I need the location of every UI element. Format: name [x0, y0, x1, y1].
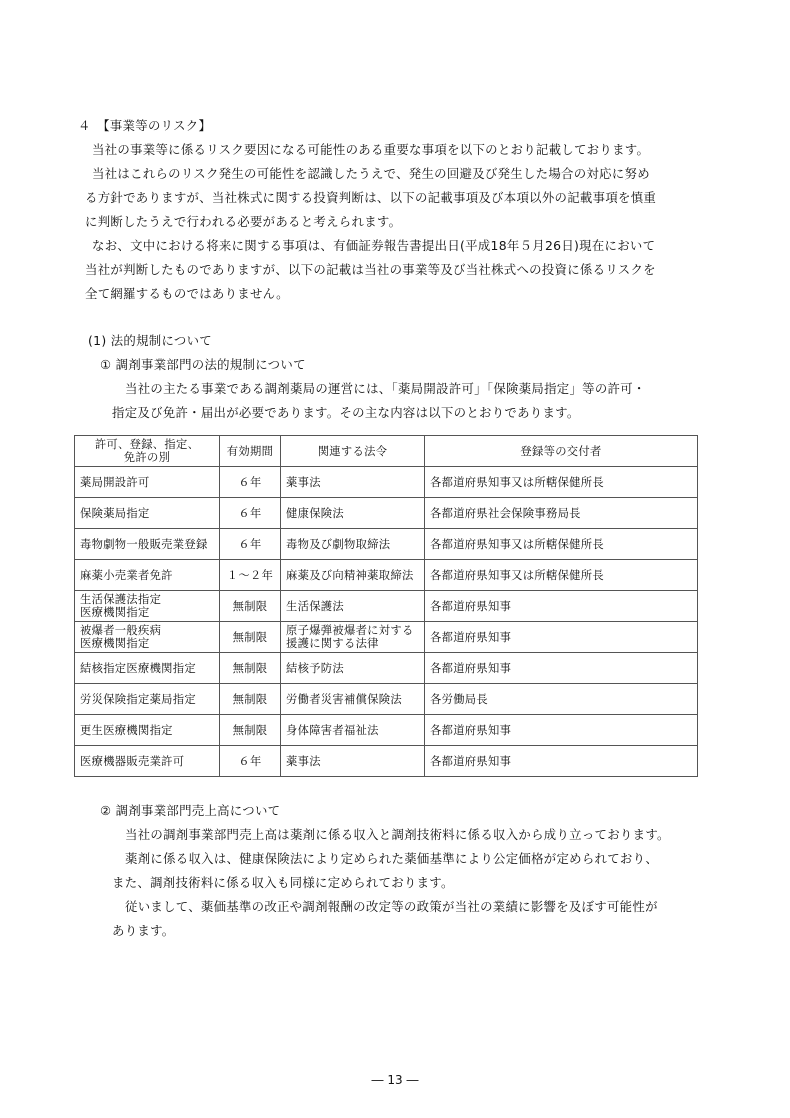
- cell-law: 毒物及び劇物取締法: [281, 529, 425, 560]
- cell-issuer: 各都道府県知事又は所轄保健所長: [425, 467, 698, 498]
- cell-period: ６年: [220, 746, 281, 777]
- cell-law: 健康保険法: [281, 498, 425, 529]
- cell-law: 生活保護法: [281, 591, 425, 622]
- table-row: 保険薬局指定 ６年 健康保険法 各都道府県社会保険事務局長: [75, 498, 698, 529]
- cell-period: １～２年: [220, 560, 281, 591]
- cell-law: 身体障害者福祉法: [281, 715, 425, 746]
- cell-law: 原子爆弾被爆者に対する援護に関する法律: [281, 622, 425, 653]
- cell-period: ６年: [220, 498, 281, 529]
- table-row: 毒物劇物一般販売業登録 ６年 毒物及び劇物取締法 各都道府県知事又は所轄保健所長: [75, 529, 698, 560]
- cell-issuer: 各都道府県知事: [425, 591, 698, 622]
- cell-law: 麻薬及び向精神薬取締法: [281, 560, 425, 591]
- cell-issuer: 各都道府県知事又は所轄保健所長: [425, 529, 698, 560]
- cell-period: ６年: [220, 467, 281, 498]
- cell-type: 麻薬小売業者免許: [75, 560, 220, 591]
- table-row: 更生医療機関指定 無制限 身体障害者福祉法 各都道府県知事: [75, 715, 698, 746]
- cell-issuer: 各都道府県知事: [425, 746, 698, 777]
- cell-period: 無制限: [220, 715, 281, 746]
- item-heading: ① 調剤事業部門の法的規制について: [100, 357, 306, 373]
- cell-issuer: 各労働局長: [425, 684, 698, 715]
- cell-type: 毒物劇物一般販売業登録: [75, 529, 220, 560]
- table-row: 医療機器販売業許可 ６年 薬事法 各都道府県知事: [75, 746, 698, 777]
- table-row: 結核指定医療機関指定 無制限 結核予防法 各都道府県知事: [75, 653, 698, 684]
- paragraph-line: 薬剤に係る収入は、健康保険法により定められた薬価基準により公定価格が定められてお…: [125, 851, 658, 867]
- paragraph-line: 当社が判断したものでありますが、以下の記載は当社の事業等及び当社株式への投資に係…: [85, 262, 656, 278]
- page-number: ― 13 ―: [0, 1073, 790, 1087]
- paragraph-line: なお、文中における将来に関する事項は、有価証券報告書提出日(平成18年５月26日…: [92, 238, 655, 254]
- cell-type: 更生医療機関指定: [75, 715, 220, 746]
- cell-type: 被爆者一般疾病医療機関指定: [75, 622, 220, 653]
- paragraph-line: に判断したうえで行われる必要があると考えられます。: [85, 214, 401, 230]
- subsection-heading: (1) 法的規制について: [88, 333, 212, 349]
- table-row: 生活保護法指定医療機関指定 無制限 生活保護法 各都道府県知事: [75, 591, 698, 622]
- cell-law: 結核予防法: [281, 653, 425, 684]
- table-row: 麻薬小売業者免許 １～２年 麻薬及び向精神薬取締法 各都道府県知事又は所轄保健所…: [75, 560, 698, 591]
- table-row: 被爆者一般疾病医療機関指定 無制限 原子爆弾被爆者に対する援護に関する法律 各都…: [75, 622, 698, 653]
- paragraph-line: 当社の事業等に係るリスク要因になる可能性のある重要な事項を以下のとおり記載してお…: [92, 142, 649, 158]
- cell-type: 保険薬局指定: [75, 498, 220, 529]
- cell-type: 結核指定医療機関指定: [75, 653, 220, 684]
- header-law: 関連する法令: [281, 436, 425, 467]
- paragraph-line: 当社はこれらのリスク発生の可能性を認識したうえで、発生の回避及び発生した場合の対…: [92, 166, 650, 182]
- cell-issuer: 各都道府県知事又は所轄保健所長: [425, 560, 698, 591]
- table-row: 薬局開設許可 ６年 薬事法 各都道府県知事又は所轄保健所長: [75, 467, 698, 498]
- paragraph-line: 従いまして、薬価基準の改正や調剤報酬の改定等の政策が当社の業績に影響を及ぼす可能…: [125, 899, 658, 915]
- header-type: 許可、登録、指定、免許の別: [75, 436, 220, 467]
- paragraph-line: また、調剤技術料に係る収入も同様に定められております。: [112, 875, 454, 891]
- cell-law: 薬事法: [281, 467, 425, 498]
- item-heading: ② 調剤事業部門売上高について: [100, 803, 280, 819]
- license-table: 許可、登録、指定、免許の別 有効期間 関連する法令 登録等の交付者 薬局開設許可…: [74, 435, 698, 777]
- paragraph-line: 指定及び免許・届出が必要であります。その主な内容は以下のとおりであります。: [112, 405, 580, 421]
- cell-period: 無制限: [220, 591, 281, 622]
- section-heading: ４ 【事業等のリスク】: [78, 118, 211, 134]
- cell-issuer: 各都道府県知事: [425, 715, 698, 746]
- cell-period: 無制限: [220, 653, 281, 684]
- cell-type: 医療機器販売業許可: [75, 746, 220, 777]
- paragraph-line: 当社の調剤事業部門売上高は薬剤に係る収入と調剤技術料に係る収入から成り立っており…: [125, 827, 670, 843]
- paragraph-line: 当社の主たる事業である調剤薬局の運営には、「薬局開設許可」「保険薬局指定」等の許…: [125, 381, 646, 397]
- paragraph-line: る方針でありますが、当社株式に関する投資判断は、以下の記載事項及び本項以外の記載…: [85, 190, 656, 206]
- cell-law: 薬事法: [281, 746, 425, 777]
- cell-type: 生活保護法指定医療機関指定: [75, 591, 220, 622]
- paragraph-line: あります。: [112, 923, 174, 939]
- table-header-row: 許可、登録、指定、免許の別 有効期間 関連する法令 登録等の交付者: [75, 436, 698, 467]
- cell-type: 薬局開設許可: [75, 467, 220, 498]
- cell-issuer: 各都道府県知事: [425, 653, 698, 684]
- cell-period: ６年: [220, 529, 281, 560]
- header-issuer: 登録等の交付者: [425, 436, 698, 467]
- cell-period: 無制限: [220, 622, 281, 653]
- cell-period: 無制限: [220, 684, 281, 715]
- cell-law: 労働者災害補償保険法: [281, 684, 425, 715]
- cell-issuer: 各都道府県知事: [425, 622, 698, 653]
- header-period: 有効期間: [220, 436, 281, 467]
- table-row: 労災保険指定薬局指定 無制限 労働者災害補償保険法 各労働局長: [75, 684, 698, 715]
- cell-issuer: 各都道府県社会保険事務局長: [425, 498, 698, 529]
- cell-type: 労災保険指定薬局指定: [75, 684, 220, 715]
- paragraph-line: 全て網羅するものではありません。: [85, 286, 289, 302]
